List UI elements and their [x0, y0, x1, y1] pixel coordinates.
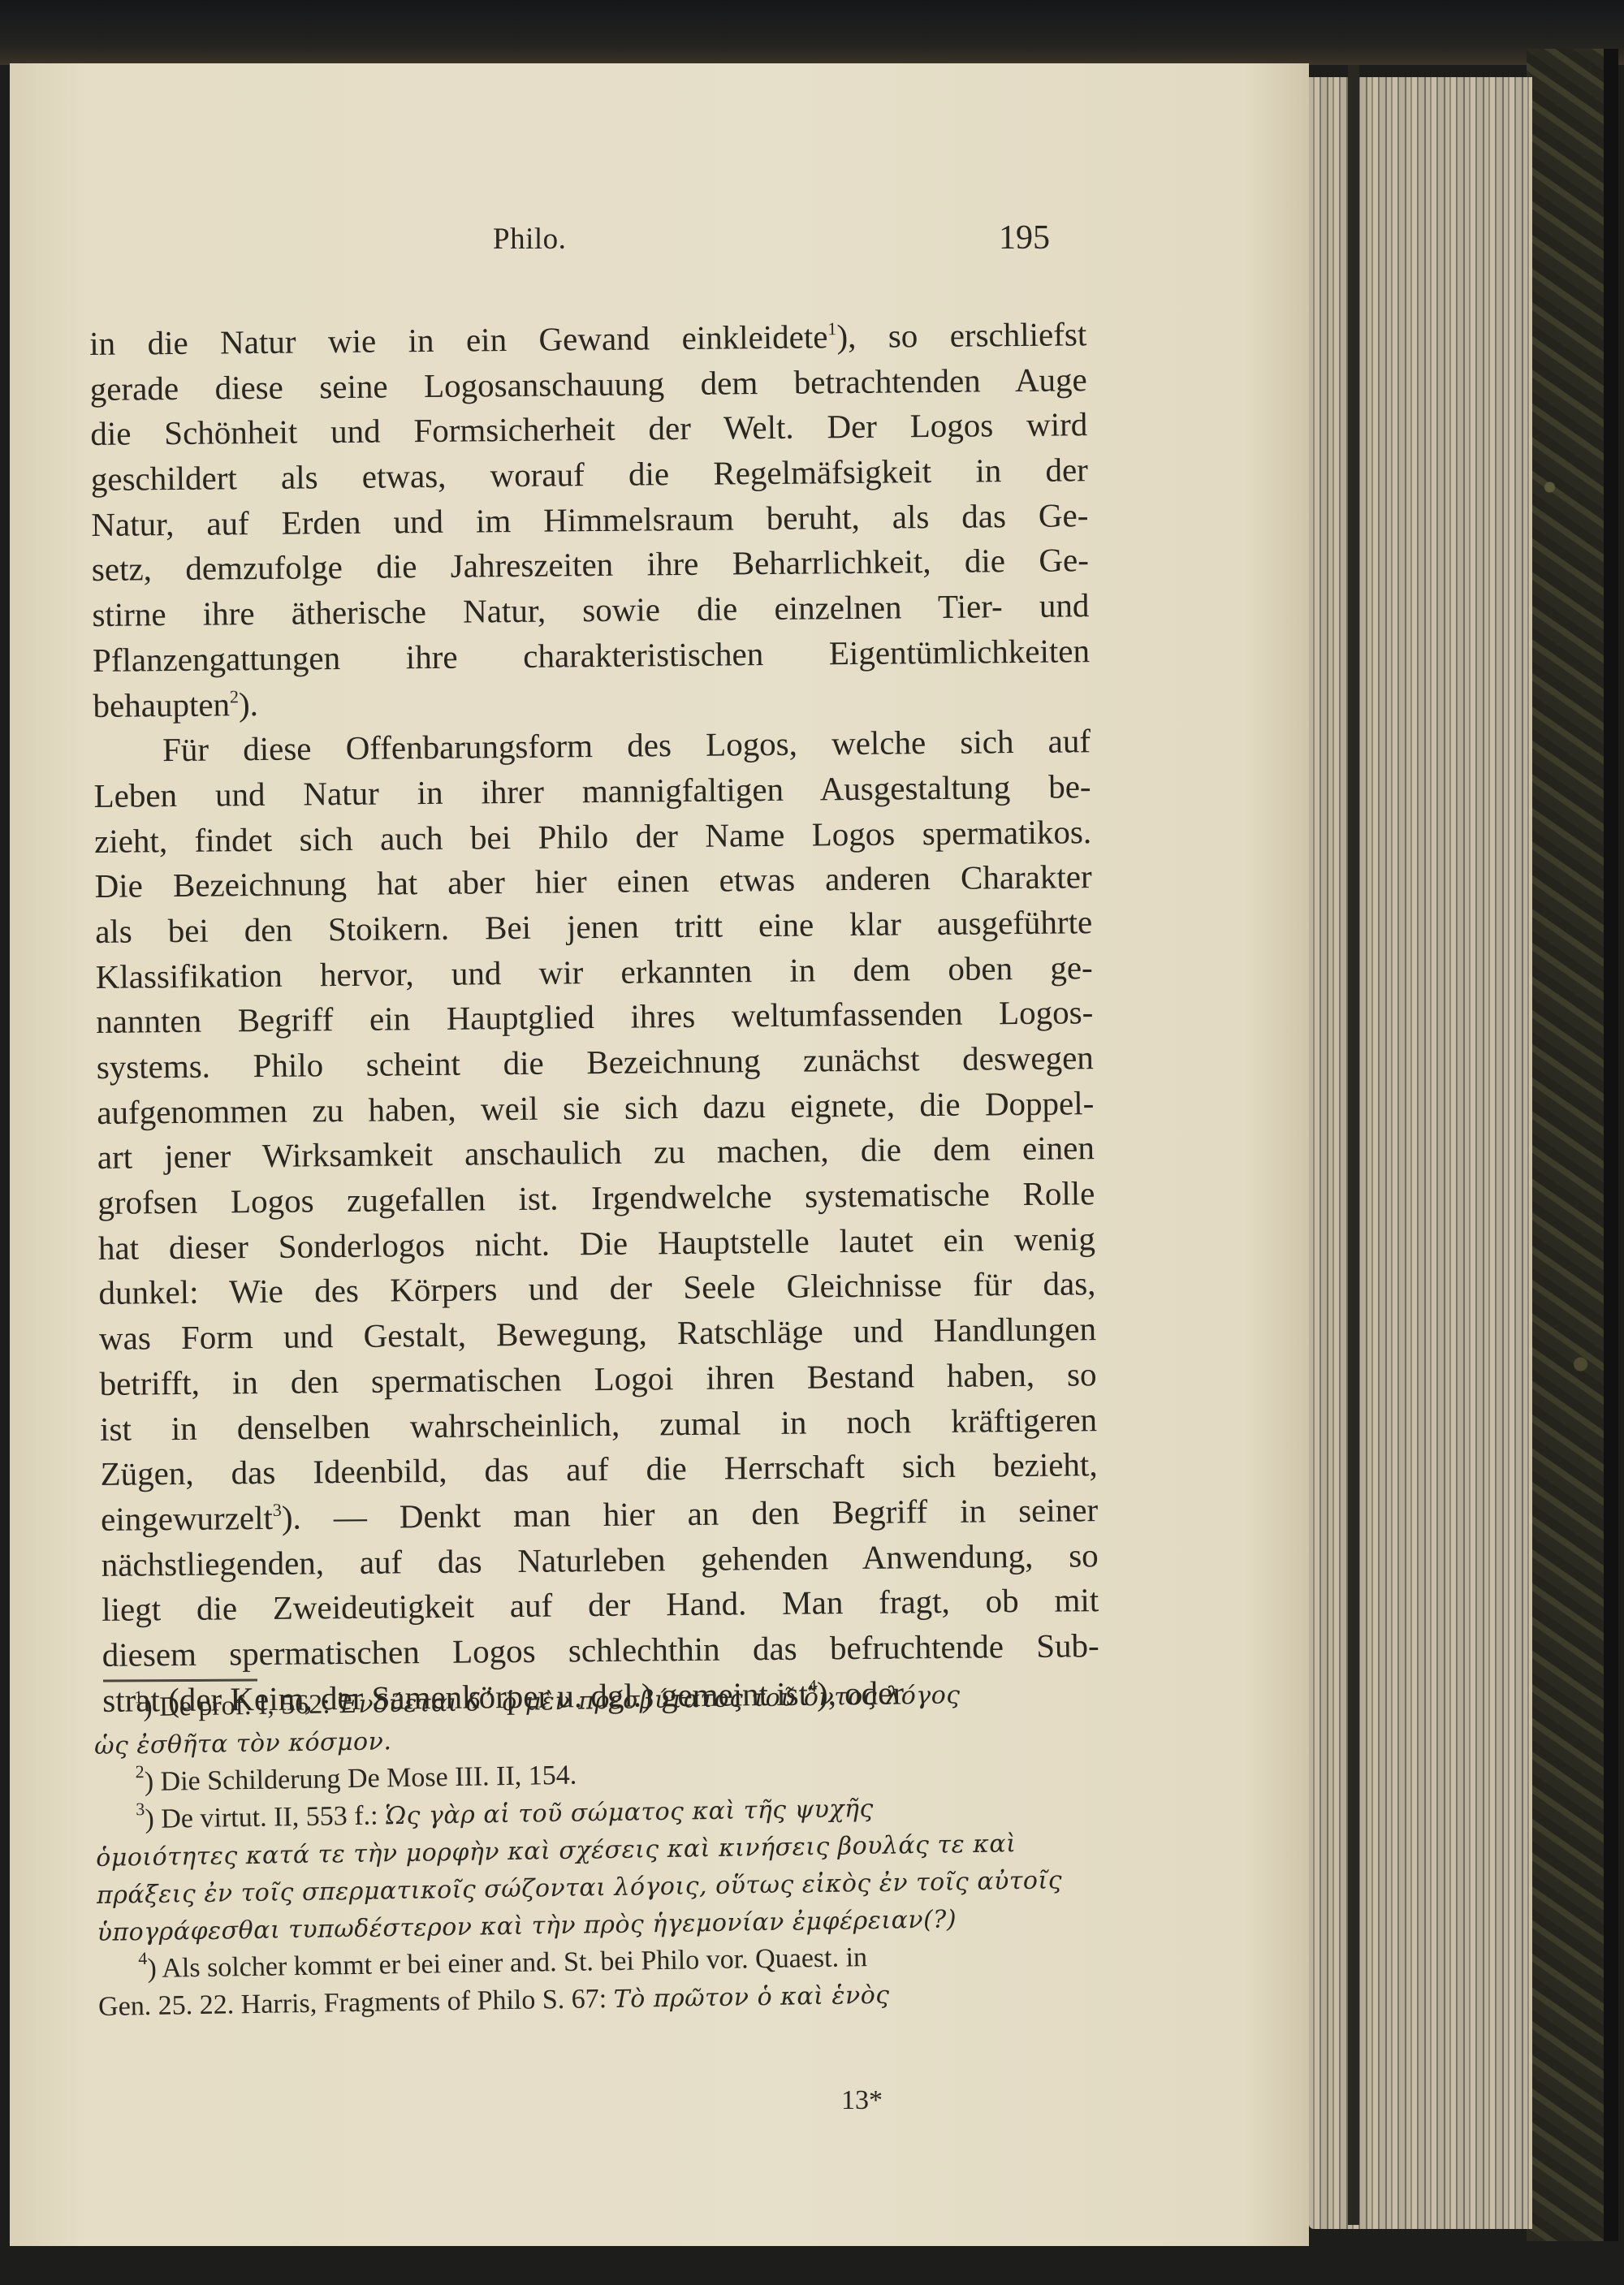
greek-quotation: Τὸ πρῶτον ὁ καὶ ἑνὸς: [613, 1981, 889, 2014]
line-text: geschildert als etwas, worauf die Regelm…: [91, 451, 1088, 498]
footnote-reference[interactable]: 2: [230, 686, 239, 706]
line-text: behaupten: [93, 685, 230, 724]
greek-quotation: ὡς ἐσθῆτα τὸν κόσμον.: [94, 1727, 392, 1760]
line-text: systems. Philo scheint die Bezeichnung z…: [97, 1039, 1094, 1086]
footnote-marker: 4: [138, 1948, 147, 1968]
greek-quotation: Ὡς γὰρ αἱ τοῦ σώματος καὶ τῆς ψυχῆς: [385, 1795, 874, 1830]
line-text: Natur, auf Erden und im Himmelsraum beru…: [91, 496, 1088, 543]
line-text: nannten Begriff ein Hauptglied ihres wel…: [96, 993, 1093, 1040]
line-text: grofsen Logos zugefallen ist. Irgendwelc…: [97, 1174, 1095, 1221]
footnote-text: ) De virtut. II, 553 f.:: [145, 1800, 385, 1834]
line-text: aufgenommen zu haben, weil sie sich dazu…: [97, 1084, 1094, 1131]
line-text: die Schönheit und Formsicherheit der Wel…: [90, 406, 1087, 453]
line-text-continued: ). — Denkt man hier an den Begriff in se…: [282, 1491, 1099, 1536]
signature-mark: 13*: [841, 2085, 883, 2116]
line-text: Klassifikation hervor, und wir erkannten…: [96, 948, 1093, 996]
scan-background-top: [0, 0, 1624, 65]
footnote-text: ) Die Schilderung De Mose III. II, 154.: [145, 1760, 577, 1797]
footnote-text: Gen. 25. 22. Harris, Fragments of Philo …: [98, 1984, 614, 2022]
running-head: Philo. 195: [10, 222, 1309, 270]
line-text: Zügen, das Ideenbild, das auf die Herrsc…: [100, 1445, 1097, 1492]
page-edges: [1309, 77, 1532, 2229]
line-text: Für diese Offenbarungsform des Logos, we…: [162, 722, 1091, 768]
body-text: in die Natur wie in ein Gewand einkleide…: [89, 312, 1100, 1723]
page-edge-gap: [1348, 65, 1359, 2225]
line-text: was Form und Gestalt, Bewegung, Ratschlä…: [99, 1310, 1096, 1357]
line-text: hat dieser Sonderlogos nicht. Die Haupts…: [98, 1220, 1095, 1267]
line-text: ist in denselben wahrscheinlich, zumal i…: [100, 1401, 1097, 1448]
line-text: nächstliegenden, auf das Naturleben gehe…: [101, 1536, 1098, 1583]
line-text: diesem spermatischen Logos schlechthin d…: [102, 1626, 1099, 1674]
line-text: zieht, findet sich auch bei Philo der Na…: [94, 813, 1091, 860]
line-text: in die Natur wie in ein Gewand einkleide…: [89, 317, 828, 362]
running-head-title: Philo.: [493, 222, 566, 257]
line-text-continued: ).: [239, 685, 258, 723]
footnote-reference[interactable]: 3: [273, 1500, 282, 1520]
text-line: Pflanzengattungen ihre charakteristische…: [93, 628, 1090, 683]
line-text: betrifft, in den spermatischen Logoi ihr…: [99, 1355, 1096, 1402]
footnote-marker: 1: [134, 1687, 143, 1707]
footnote-marker: 2: [135, 1761, 144, 1782]
footnotes: 1) De prof. I, 562: Ἐνδύεται δ᾽ ὁ μὲν πρ…: [93, 1674, 1089, 2026]
line-text: Die Bezeichnung hat aber hier einen etwa…: [94, 857, 1091, 905]
footnote-reference[interactable]: 1: [827, 318, 836, 339]
line-text: gerade diese seine Logosanschauung dem b…: [90, 361, 1087, 408]
text-line: diesem spermatischen Logos schlechthin d…: [102, 1623, 1099, 1678]
line-text: eingewurzelt: [101, 1499, 273, 1538]
footnote-text: ) De prof. I, 562:: [143, 1689, 337, 1722]
line-text: Pflanzengattungen ihre charakteristische…: [93, 632, 1090, 679]
greek-quotation: Ἐνδύεται δ᾽ ὁ μὲν πρεσβύτατος τοῦ ὄντος …: [337, 1681, 961, 1719]
line-text: Leben und Natur in ihrer mannigfaltigen …: [93, 767, 1091, 814]
line-text: art jener Wirksamkeit anschaulich zu mac…: [97, 1130, 1095, 1177]
marbled-book-cover: [1527, 49, 1618, 2241]
line-text: stirne ihre ätherische Natur, sowie die …: [92, 586, 1089, 633]
line-text: setz, demzufolge die Jahreszeiten ihre B…: [92, 542, 1089, 589]
line-text: dunkel: Wie des Körpers und der Seele Gl…: [98, 1265, 1095, 1312]
book-page: Philo. 195 in die Natur wie in ein Gewan…: [10, 63, 1309, 2246]
page-number: 195: [999, 218, 1050, 257]
line-text: als bei den Stoikern. Bei jenen tritt ei…: [95, 903, 1092, 950]
line-text: liegt die Zweideutigkeit auf der Hand. M…: [101, 1581, 1099, 1628]
line-text-continued: ), so erschliefst: [836, 315, 1086, 355]
footnote-marker: 3: [136, 1799, 145, 1819]
